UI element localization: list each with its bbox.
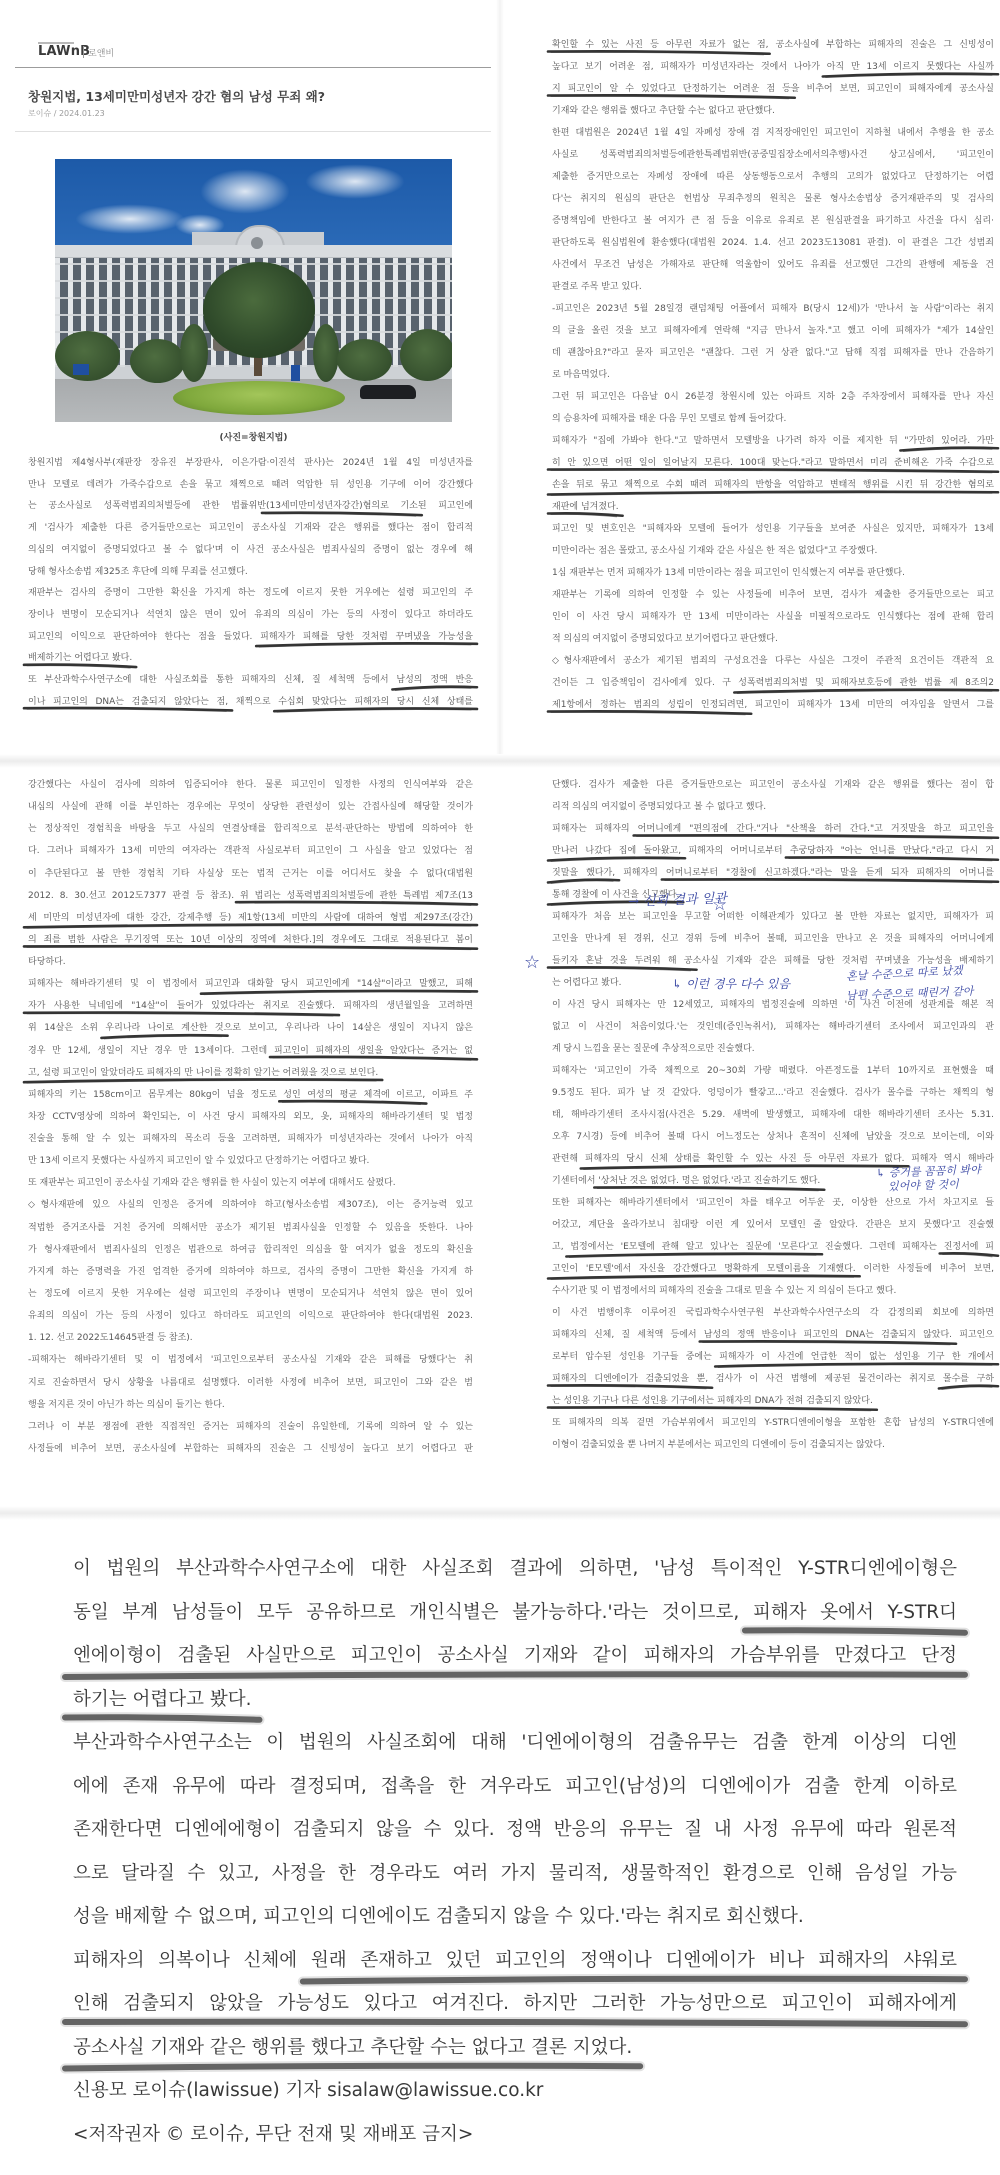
- text-line: 배제하기는 어렵다고 봤다.: [28, 651, 473, 665]
- tree: [203, 262, 315, 358]
- text-line: 당해 형사소송법 제325조 후단에 의해 무죄를 선고했다.: [28, 565, 473, 579]
- text-line: 피고인 및 변호인은 "피해자와 모텔에 들어가 성인용 기구들을 보여준 사실…: [552, 522, 994, 536]
- text-line: 지 피고인이 알 수 있었다고 단정하기는 어려운 점 등을 비추어 보면, 피…: [552, 82, 994, 96]
- pen-underline: [65, 2022, 965, 2024]
- pen-underline: [274, 708, 477, 711]
- text-line: 판결로 주목 받고 있다.: [552, 280, 994, 294]
- logo-divider: [83, 46, 84, 58]
- text-line: 제1항에서 정하는 범죄의 성립이 인정되려면, 피고인이 피해자가 13세 미…: [552, 698, 994, 712]
- text-line: 차장 CCTV영상에 의하여 확인되는, 이 사건 당시 피해자의 외모, 옷,…: [28, 1110, 473, 1124]
- text-line: 짓말을 했다가, 피해자의 어머니로부터 "경찰에 신고하겠다."라는 말을 듣…: [552, 866, 994, 880]
- text-line: 인해 검출되지 않았을 가능성도 있다고 여겨진다. 하지만 그러한 가능성만으…: [73, 1991, 957, 2017]
- bush: [337, 339, 392, 381]
- pen-underline: [27, 1014, 333, 1016]
- text-line: 존재한다면 디엔에에형이 검출되지 않을 수 있다. 정액 반응의 유무는 질 …: [73, 1817, 957, 1843]
- text-line: 또 부산과학수사연구소에 대한 사실조회를 통한 피해자의 신체, 질 세척액 …: [28, 673, 473, 687]
- pen-underline: [789, 858, 992, 860]
- pen-underline: [637, 836, 992, 838]
- text-line: 성을 배제할 수 없으며, 피고인의 디엔에이도 검출되지 않을 수 있다.'라…: [73, 1904, 957, 1930]
- text-line: 계 당시 느낌을 묻는 질문에 추상적으로만 진술했다.: [552, 1042, 994, 1056]
- pen-underline: [24, 1079, 382, 1082]
- text-line: 피해자의 신체, 질 세척액 등에서 남성의 정액 반응이나 피고인의 DNA는…: [552, 1328, 994, 1342]
- pen-underline: [551, 968, 691, 970]
- pen-underline: [551, 470, 992, 472]
- text-line: 데 괜찮아요?"라고 묻자 피고인은 "괜찮다. 그런 거 상관 없다."고 답…: [552, 346, 994, 360]
- text-line: 의심의 여지없이 증명되었다고 볼 수 없다'며 이 사건 공소사실은 범죄사실…: [28, 543, 473, 557]
- text-line: 1. 12. 선고 2022도14645판결 등 참조).: [28, 1331, 473, 1345]
- text-line: 자가 사용한 닉네임에 "14살"이 들어가 있었다라는 취지로 진술했다. 피…: [28, 999, 473, 1013]
- pen-underline: [24, 924, 477, 927]
- pen-underline: [943, 1254, 992, 1256]
- text-line: 적 의심의 여지없이 증명되었다고 보기어렵다고 판단했다.: [552, 632, 994, 646]
- text-line: 높다고 보기 어려운 점, 피해자가 미성년자라는 것에서 나아가 아직 만 1…: [552, 60, 994, 74]
- scanned-article-page: LAWnB 로앤비 창원지법, 13세미만미성년자 강간 혐의 남성 무죄 왜?…: [0, 0, 1000, 2175]
- scan-page-divider-vertical: [496, 0, 504, 760]
- pen-underline: [27, 947, 471, 949]
- text-line: 만나러 나갔다 집에 돌아왔고, 피해자의 어머니로부터 추궁당하자 "아는 언…: [552, 844, 994, 858]
- pen-underline: [939, 1386, 998, 1389]
- pen-underline: [265, 514, 416, 516]
- pen-underline: [548, 858, 685, 861]
- pen-underline: [256, 643, 477, 646]
- text-line: 피해자의 키는 158cm이고 몸무게는 80kg이 넘을 정도로 성인 여성의…: [28, 1088, 473, 1102]
- text-line: 피해자의 디엔에이가 검출되었을 뿐, 검사가 이 사건 범행에 제공된 물건이…: [552, 1372, 994, 1386]
- lawnb-logo-korean: 로앤비: [88, 46, 114, 59]
- text-line: 에에 존재 유무에 따라 결정되며, 접촉을 한 겨우라도 피고인(남성)의 디…: [73, 1774, 957, 1800]
- text-line: 수사기관 및 이 법정에서의 피해자의 진술을 그대로 믿을 수 있는 지 의심…: [552, 1284, 994, 1298]
- text-line: 태, 해바라기센터 조사시점(사건은 5.29. 새벽에 발생했고, 피해자에 …: [552, 1108, 994, 1122]
- text-line: 고인을 만나게 된 경위, 신고 경위 등에 비추어 볼때, 피고인을 만나고 …: [552, 932, 994, 946]
- text-line: 증명책임에 반한다고 볼 여지가 큰 점 등을 이유로 유죄로 본 원심판결을 …: [552, 214, 994, 228]
- lawn: [173, 381, 345, 415]
- star-mark-icon: ☆: [524, 952, 540, 973]
- text-line: 피해자는 해바라기센터 및 이 법정에서 피고인과 대화할 당시 피고인에게 "…: [28, 977, 473, 991]
- pen-underline: [392, 687, 477, 690]
- pen-underline: [551, 1408, 871, 1410]
- pen-underline: [303, 1979, 965, 1982]
- text-line: 다. 그러나 피해자가 13세 미만의 여자라는 객관적 사실로부터 피고인이 …: [28, 844, 473, 858]
- pen-underline: [826, 75, 992, 78]
- sign: [291, 365, 300, 381]
- text-line: 하기는 어렵다고 봤다.: [73, 1687, 957, 1713]
- handwritten-note: ↳ 이런 경우 다수 있음: [672, 975, 790, 992]
- text-line: 다'는 취지의 원심의 판단은 헌법상 무죄추정의 원칙은 물론 형사소송법상 …: [552, 192, 994, 206]
- pen-underline: [551, 881, 613, 884]
- pen-underline: [566, 1254, 822, 1257]
- pen-underline: [551, 1277, 854, 1280]
- pen-underline: [27, 666, 130, 668]
- text-line: 진술을 통해 알 수 있는 피해자의 목소리 등을 고려하면, 피해자가 미성년…: [28, 1132, 473, 1146]
- pen-underline: [239, 903, 471, 905]
- pen-underline: [395, 688, 471, 691]
- cloud: [200, 169, 290, 214]
- pen-underline: [551, 514, 617, 516]
- pen-underline: [303, 1979, 965, 1982]
- pen-underline: [745, 1630, 965, 1632]
- text-line: 기재와 같은 행위를 했다고 추단할 수는 없다고 판단했다.: [552, 104, 994, 118]
- text-line: 고, 설령 피고인이 알았더라도 피해자의 만 나이를 정확히 알기는 어려웠을…: [28, 1066, 473, 1080]
- text-line: 지로 진술하면서 당시 상황을 나름대로 설명했다. 이러한 사정에 비추어 보…: [28, 1376, 473, 1390]
- pen-underline: [65, 2066, 640, 2069]
- pen-underline: [282, 1102, 420, 1104]
- pen-underline: [551, 859, 679, 862]
- pen-underline: [204, 992, 471, 995]
- cloud: [75, 204, 185, 234]
- pen-underline: [65, 2022, 965, 2024]
- pen-underline: [548, 880, 619, 883]
- text-line: 1심 재판부는 먼저 피해자가 13세 미만이라는 점을 피고인이 인식했는지 …: [552, 566, 994, 580]
- text-line: 한편 대법원은 2024년 1월 4일 자폐성 장애 겸 지적장애인인 피고인이…: [552, 126, 994, 140]
- text-line: 가지게 하는 증명력을 가진 엄격한 증거에 의하여야 하므로, 검사의 증명이…: [28, 1265, 473, 1279]
- pen-underline: [65, 2066, 640, 2069]
- text-line: 사실로 성폭력범죄의처벌등에관한특례법위반(공중밀집장소에서의추행)사건 상고심…: [552, 148, 994, 162]
- pen-underline: [597, 1188, 818, 1190]
- pen-underline: [665, 880, 992, 882]
- pen-underline: [584, 1167, 903, 1170]
- cloud: [305, 164, 405, 199]
- pen-underline: [900, 448, 998, 451]
- text-line: 경우 만 12세, 생일이 지난 경우 만 13세이다. 그런데 피고인이 피해…: [28, 1044, 473, 1058]
- text-line: 건이든 그 입증책임이 검사에게 있다. 구 성폭력범죄의처벌 및 피해자보호등…: [552, 676, 994, 690]
- pen-underline: [27, 926, 471, 929]
- pen-underline: [27, 709, 226, 711]
- header-rule: [15, 67, 491, 68]
- text-line: 적법한 증거조사를 거친 증거에 의해서만 공소가 제기된 범죄사실을 인정할 …: [28, 1221, 473, 1235]
- text-line: 행을 저지른 것이 아닌가 하는 의심이 들기는 한다.: [28, 1398, 473, 1412]
- text-line: 게 '검사가 제출한 다른 증거들만으로는 피고인이 공소사실 기재와 같은 행…: [28, 521, 473, 535]
- pen-underline: [104, 1036, 221, 1039]
- star-mark-icon: ☆: [712, 895, 727, 915]
- pen-underline: [65, 1674, 965, 1677]
- text-line: 이 법원의 부산과학수사연구소에 대한 사실조회 결과에 의하면, '남성 특이…: [73, 1556, 957, 1582]
- text-line: 내심의 사실에 관해 이를 부인하는 경우에는 무엇이 상당한 관련성이 있는 …: [28, 800, 473, 814]
- text-line: 피해자는 피해자의 어머니에게 "편의점에 간다."거나 "산책을 하러 간다.…: [552, 822, 994, 836]
- pen-underline: [201, 991, 477, 994]
- text-line: 피해자가 "집에 가봐야 한다."고 말하면서 모텔방을 나가려 하자 이를 제…: [552, 434, 994, 448]
- text-line: 단했다. 검사가 제출한 다른 증거들만으로는 피고인이 공소사실 기재와 같은…: [552, 778, 994, 792]
- text-line: 만나 모텔로 데려가 가죽수갑으로 손을 묶고 채찍으로 때려 억압한 뒤 성인…: [28, 478, 473, 492]
- text-line: 부산과학수사연구소는 이 법원의 사실조회에 대해 '디엔에이형의 검출유무는 …: [73, 1730, 957, 1756]
- text-line: 동일 부계 남성들이 모두 공유하므로 개인식별은 불가능하다.'라는 것이므로…: [73, 1600, 957, 1626]
- pen-underline: [942, 1387, 992, 1390]
- text-line: 엔에이형이 검출된 사실만으로 피고인이 공소사실 기재와 같이 피해자의 가슴…: [73, 1643, 957, 1669]
- text-line: 통해 경찰에 이 사건을 신고했다.: [552, 888, 994, 902]
- pen-underline: [715, 1364, 998, 1367]
- pen-underline: [718, 1365, 992, 1368]
- article-byline: 로이슈 / 2024.01.23: [28, 108, 105, 119]
- text-line: 또한 피해자는 해바라기센터에서 '피고인이 차를 태우고 어두운 곳, 이상한…: [552, 1196, 994, 1210]
- pen-underline: [101, 1035, 227, 1038]
- scan-page-divider-top-row: [0, 754, 1000, 768]
- text-line: 이 추단된다고 볼 만한 경험칙 기타 사실상 또는 법적 근거는 이를 어디서…: [28, 867, 473, 881]
- text-line: 어갔고, 계단을 올라가보니 침대랑 이런 게 있어서 모텔인 줄 알았다. 간…: [552, 1218, 994, 1232]
- text-line: 만 13세 이르지 못했다는 사실까지 피고인이 알 수 있었다고 단정하기는 …: [28, 1154, 473, 1168]
- pen-underline: [745, 1630, 965, 1632]
- text-line: 제출한 증거만으로는 자폐성 장애에 따른 상동행동으로서 추행의 고의가 없었…: [552, 170, 994, 184]
- bush: [130, 339, 185, 383]
- pen-underline: [551, 493, 992, 496]
- text-line: 인이 이 사건 당시 피해자가 만 13세 미만이라는 사실을 미필적으로라도 …: [552, 610, 994, 624]
- text-line: 창원지법 제4형사부(재판장 장유진 부장판사, 이은가람·이진석 판사)는 2…: [28, 456, 473, 470]
- text-line: 히 안 있으면 어떤 일이 일어날지 모른다. 100대 맞는다."라고 말하면…: [552, 456, 994, 470]
- text-line: 타당하다.: [28, 955, 473, 969]
- pen-underline: [27, 1081, 376, 1084]
- text-line: ◇형사재판에 있으 사실의 인정은 증거에 의하여야 하고(형사소송법 제307…: [28, 1198, 473, 1212]
- text-line: 그런 뒤 피고인은 다음날 0시 26분경 창원시에 있는 아파트 지하 2층 …: [552, 390, 994, 404]
- text-line: 피해자의 의복이나 신체에 원래 존재하고 있던 피고인의 정액이나 디엔에이가…: [73, 1948, 957, 1974]
- text-line: 미만이라는 점은 몰랐고, 공소사실 기재와 같은 사실은 한 적은 없었다"고…: [552, 544, 994, 558]
- text-line: 리적 의심의 여지없이 증명되었다고 볼 수 없다고 했다.: [552, 800, 994, 814]
- text-line: 이형이 검출되었을 뿐 나머지 부분에서는 피고인의 디엔에이 등이 검출되지는…: [552, 1438, 994, 1452]
- text-line: 재판에 넘겨졌다.: [552, 500, 994, 514]
- text-line: 는 정도에 이르지 못한 거우에는 설령 피고인의 주장이나 변명이 모순되거나…: [28, 1287, 473, 1301]
- pen-underline: [551, 52, 764, 54]
- pen-underline: [903, 449, 992, 452]
- text-line: 2012. 8. 30.선고 2012도7377 판결 등 참조). 위 법리는…: [28, 889, 473, 903]
- text-line: 확인할 수 있는 사진 등 아무런 자료가 없는 점, 공소사실에 부합하는 피…: [552, 38, 994, 52]
- text-line: 신용모 로이슈(lawissue) 기자 sisalaw@lawissue.co…: [73, 2078, 957, 2104]
- title-rule: [15, 131, 491, 132]
- bush: [400, 329, 452, 381]
- pen-underline: [823, 74, 998, 77]
- article-title: 창원지법, 13세미만미성년자 강간 혐의 남성 무죄 왜?: [28, 87, 325, 105]
- pen-underline: [737, 691, 992, 694]
- text-line: 세 미만의 미성년자에 대한 강간, 강제추행 등) 제1항(13세 미만의 사…: [28, 911, 473, 925]
- text-line: 사건에서 무조건 남성은 가해자로 판단해 억울함이 있어도 유죄를 선고했던 …: [552, 258, 994, 272]
- court-building-photo: [55, 159, 452, 422]
- handwritten-note: 있어야 할 것이: [888, 1176, 959, 1194]
- text-line: 피해자는 '피고인이 가죽 채찍으로 20~30회 가량 때렸다. 아픈정도를 …: [552, 1064, 994, 1078]
- text-line: 이 사건 범행이후 이루어진 국립과학수사연구원 부산과학수사연구소의 각 감정…: [552, 1306, 994, 1320]
- text-line: 장이나 변명이 모순되거나 석연치 않은 면이 있어 유죄의 의심이 가는 등의…: [28, 608, 473, 622]
- pen-underline: [259, 644, 471, 647]
- pen-underline: [273, 1058, 471, 1060]
- text-line: <저작권자 © 로이슈, 무단 전재 및 재배포 금지>: [73, 2122, 957, 2148]
- text-line: 로 마음먹었다.: [552, 368, 994, 382]
- text-line: 없고 이 사건이 처음이었다.'는 것인데(증인녹취서), 피해자는 해바라기센…: [552, 1020, 994, 1034]
- text-line: 유죄의 의심이 가는 등의 사정이 있다고 하더라도 피고인의 이익으로 판단하…: [28, 1309, 473, 1323]
- text-line: 는 정상적인 경험칙을 바탕을 두고 사실의 연결상태를 합리적으로 분석·판단…: [28, 822, 473, 836]
- text-line: 사정들에 비추어 보면, 공소사실에 부합하는 피해자의 진술은 그 신빙성이 …: [28, 1442, 473, 1456]
- text-line: 강간했다는 사실이 검사에 의하여 입증되어야 한다. 물론 피고인이 일정한 …: [28, 778, 473, 792]
- text-line: -피고인은 2023년 5월 28일경 랜덤채팅 어플에서 피해자 B(당시 1…: [552, 302, 994, 316]
- scan-page-divider-bottom-row: [0, 1506, 1000, 1520]
- text-line: 피고인의 이익으로 판단하여야 한다는 점을 들었다. 피해자가 피해를 당한 …: [28, 630, 473, 644]
- pen-underline: [569, 1255, 816, 1258]
- text-line: 재판부는 검사의 증명이 그만한 확신을 가지게 하는 정도에 이르지 못한 거…: [28, 586, 473, 600]
- pen-underline: [277, 710, 471, 713]
- parked-car: [360, 385, 416, 399]
- pen-underline: [703, 1342, 950, 1344]
- text-line: 으로 달라질 수 있고, 사정을 한 경우라도 여러 가지 물리적, 생물학적인…: [73, 1861, 957, 1887]
- text-line: 또 재판부는 피고인이 공소사실 기재와 같은 행위를 한 사실이 있는지 여부…: [28, 1176, 473, 1190]
- text-line: 또 피해자의 의복 겉면 가슴부위에서 피고인의 Y-STR디엔에이형을 포함한…: [552, 1416, 994, 1430]
- text-line: 오후 7시경) 등에 비추어 볼때 다시 어느정도는 상처나 흔적이 신체에 남…: [552, 1130, 994, 1144]
- text-line: 공소사실 기재와 같은 행위를 했다고 추단할 수는 없다고 결론 지었다.: [73, 2035, 957, 2061]
- pen-underline: [551, 1386, 706, 1388]
- pen-underline: [65, 1717, 259, 1719]
- pen-underline: [551, 96, 789, 98]
- text-line: ◇형사재판에서 공소가 제기된 범죄의 구성요건을 다루는 사실은 그것이 주관…: [552, 654, 994, 668]
- text-line: 재판부는 기록에 의하여 인정할 수 있는 사정들에 비추어 보면, 검사가 제…: [552, 588, 994, 602]
- pen-underline: [548, 492, 998, 495]
- sign: [73, 364, 89, 375]
- pen-underline: [65, 1674, 965, 1677]
- text-line: 그러나 이 부분 쟁점에 관한 직접적인 증거는 피해자의 진술이 유일한데, …: [28, 1420, 473, 1434]
- text-line: -피해자는 해바라기센터 및 이 법정에서 '피고인으로부터 공소사실 기재와 …: [28, 1353, 473, 1367]
- text-line: 피해자가 처음 보는 피고인을 무고할 어떠한 이해관계가 있다고 볼 만한 자…: [552, 910, 994, 924]
- text-line: 로부터 압수된 성인용 기구들 중에는 피해자가 이 사건에 언급한 적이 없는…: [552, 1350, 994, 1364]
- text-line: 이나 피고인의 DNA는 검출되지 않았다는 점, 채찍으로 수십회 맞았다는 …: [28, 695, 473, 709]
- text-line: 고, 법정에서는 'E모텔에 관해 알고 있나'는 질문에 '모른다'고 진술했…: [552, 1240, 994, 1254]
- bush: [180, 324, 208, 382]
- text-line: 의 죄를 범한 사람은 무기징역 또는 10년 이상의 징역에 처한다.]의 경…: [28, 933, 473, 947]
- pen-underline: [734, 690, 998, 693]
- text-line: 손을 뒤로 묶고 채찍으로 수회 때려 피해자의 반항을 억압하고 변태적 행위…: [552, 478, 994, 492]
- photo-caption: (사진=창원지법): [55, 430, 452, 443]
- bush: [313, 324, 339, 382]
- text-line: 의 승용차에 피해자를 태운 다음 무인 모텔로 함께 들어갔다.: [552, 412, 994, 426]
- text-line: 9.5정도 된다. 피가 날 것 같았다. 엉덩이가 빨갛고...'라고 진술했…: [552, 1086, 994, 1100]
- text-line: 판단하도록 원심법원에 환송했다(대법원 2024. 1.4. 선고 2023도…: [552, 236, 994, 250]
- text-line: 는 성인용 기구나 다른 성인용 기구에서는 피해자의 DNA가 전혀 검출되지…: [552, 1394, 994, 1408]
- text-line: 고인이 'E모텔'에서 자신을 강간했다고 명확하게 모텔이름을 기재했다. 이…: [552, 1262, 994, 1276]
- text-line: 가 형사재판에서 범죄사실의 인정은 법관으로 하여금 합리적인 의심을 할 여…: [28, 1243, 473, 1257]
- pen-underline: [581, 1166, 909, 1169]
- court-emblem: [251, 237, 263, 249]
- text-line: 위 14살은 소위 우리나라 나이로 계산한 것으로 보이고, 우리나라 나이 …: [28, 1021, 473, 1035]
- pen-underline: [551, 712, 745, 714]
- text-line: 의 글을 올린 것을 보고 피해자에게 연락해 "지금 만나서 놀자."고 했고…: [552, 324, 994, 338]
- pen-underline: [548, 1276, 860, 1279]
- pen-underline: [65, 1717, 259, 1719]
- text-line: 는 공소사실로 성폭력범죄의처벌등에 관한 법률위반(13세미만미성년자강간)혐…: [28, 499, 473, 513]
